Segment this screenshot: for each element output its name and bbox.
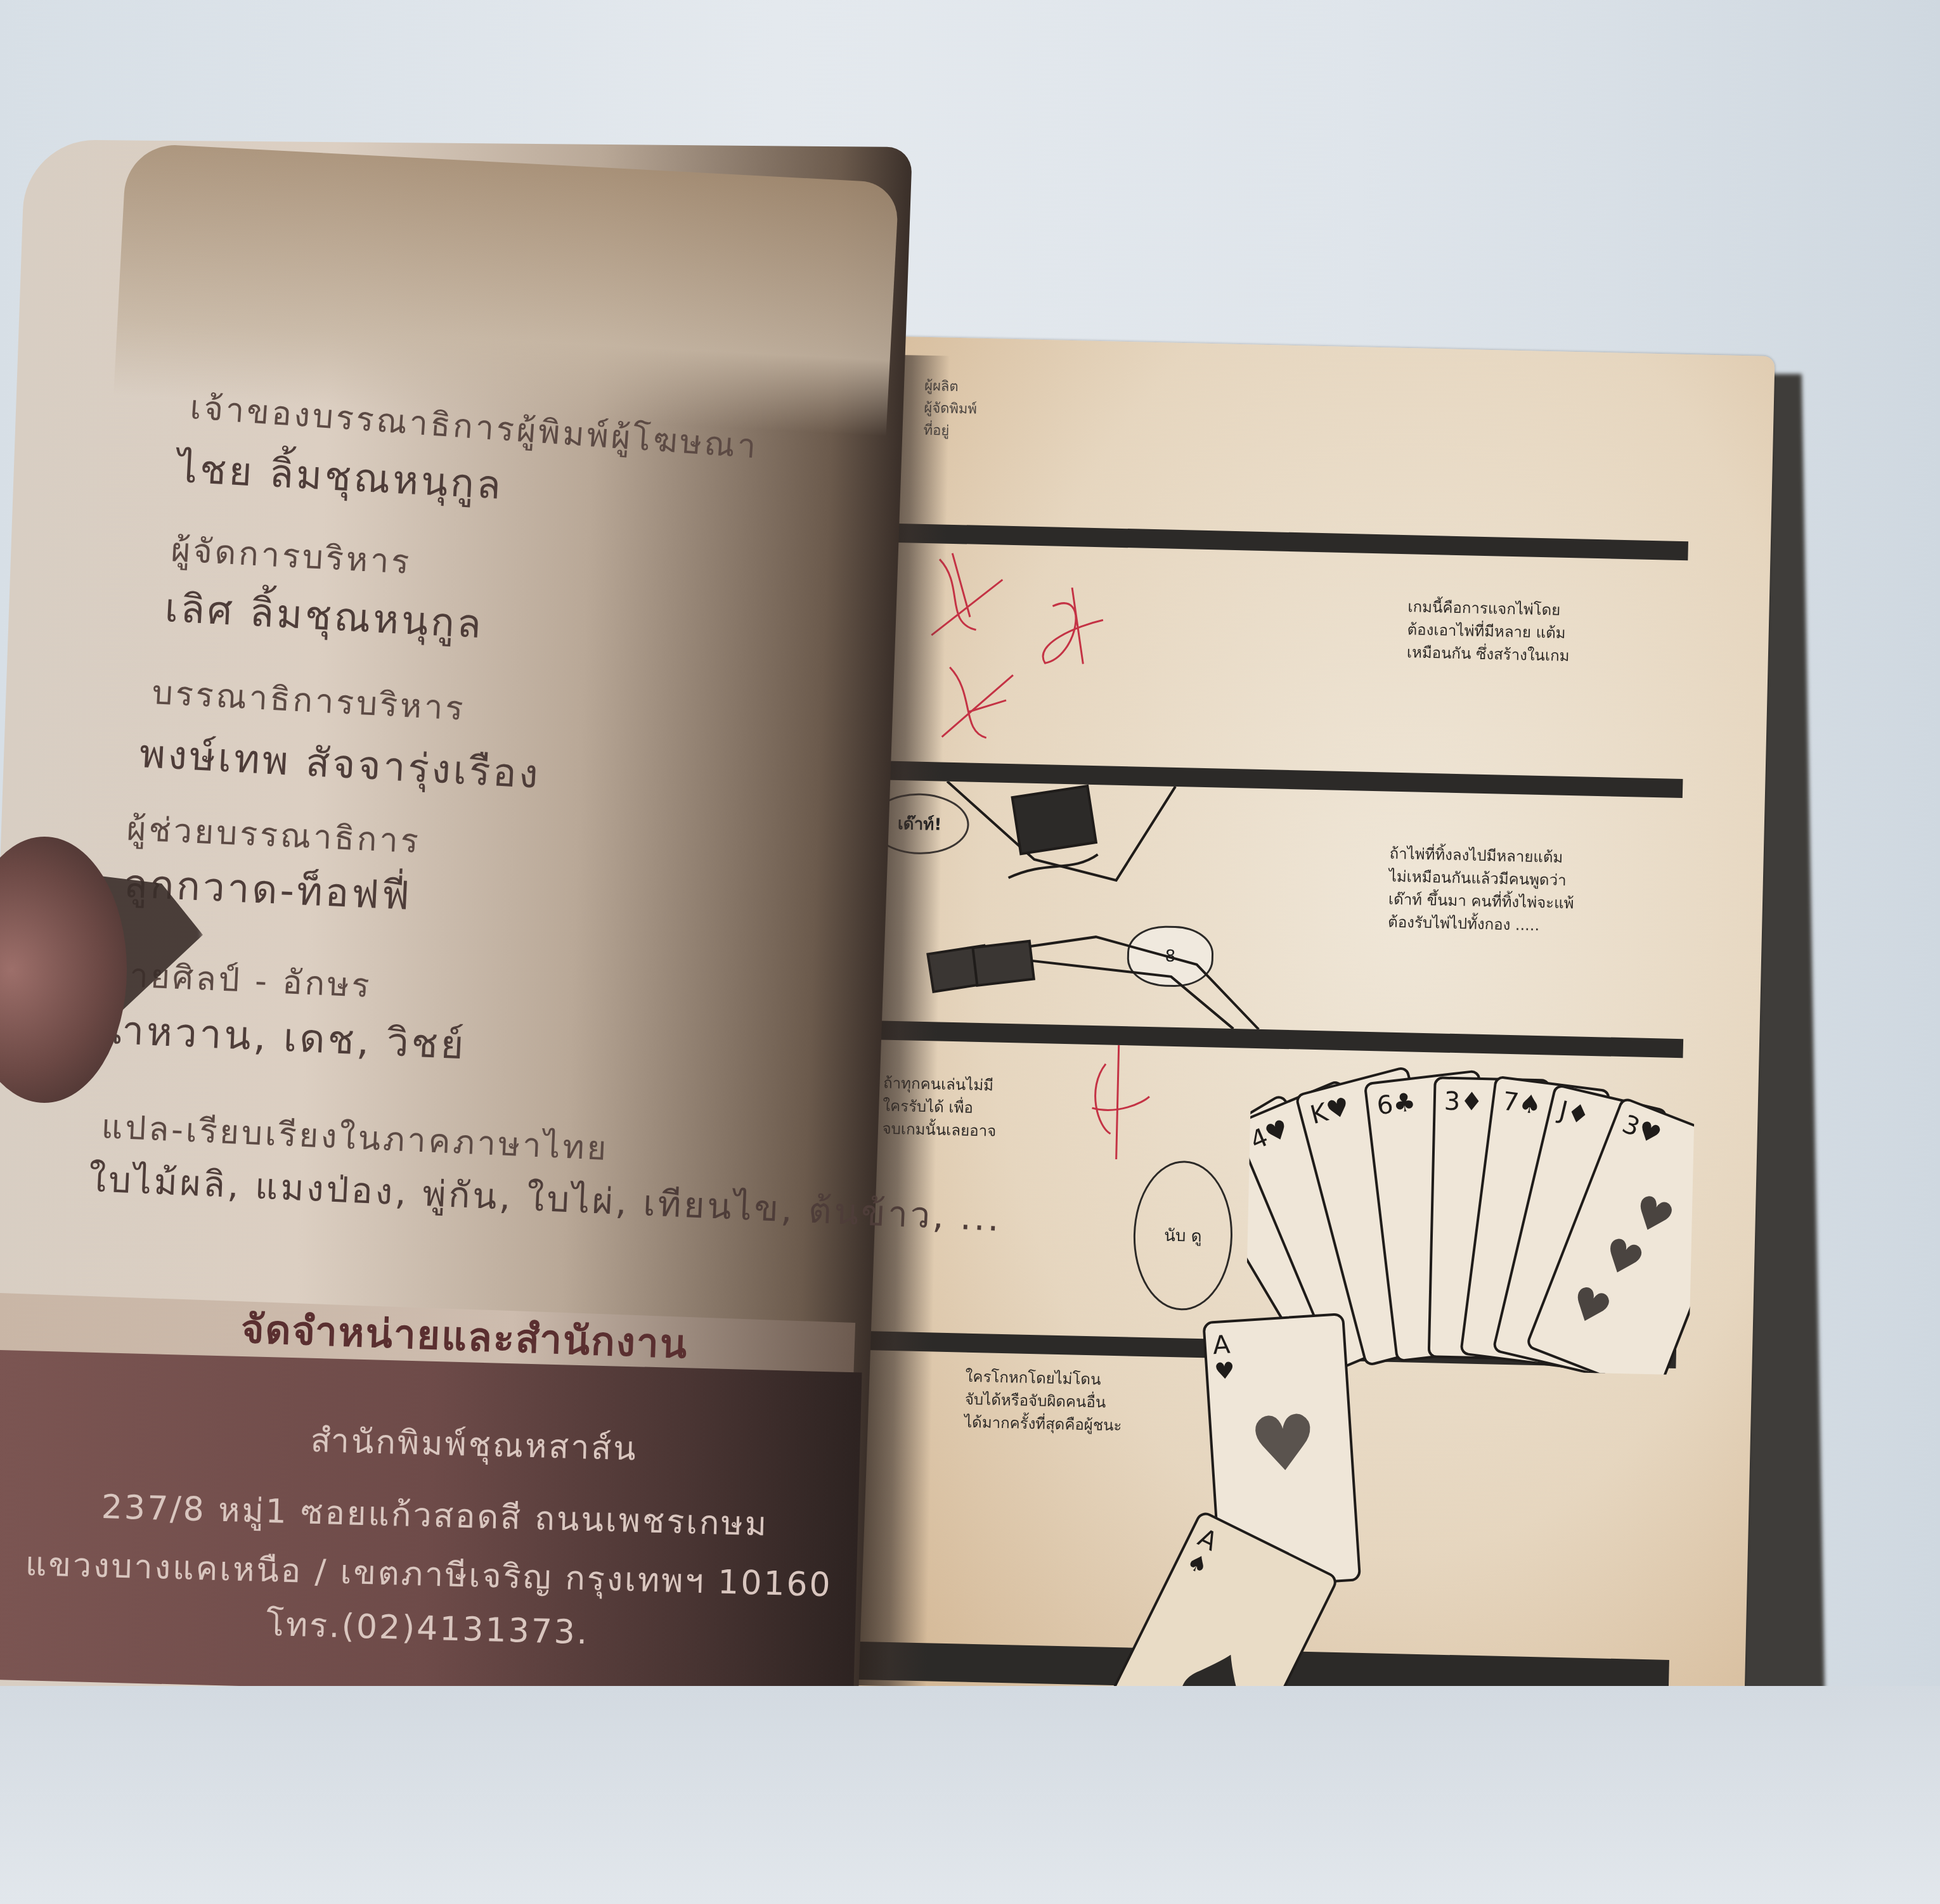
svg-text:3♦: 3♦ [1444,1087,1483,1117]
aces-illustration: A ♥ ♥ A ♠ ♠ [1078,1279,1380,1729]
table-surface [0,1686,1940,1904]
red-ink-scribbles [922,546,1193,761]
phone-number: โทร.(02)4131373. [266,1597,590,1658]
caption-line: เหมือนกัน ซึ่งสร้างในเกม [1406,641,1569,667]
panel-3-caption: ถ้าไพ่ที่ทิ้งลงไปมีหลายแต้ม ไม่เหมือนกัน… [1388,842,1575,938]
caption-line: ต้องเอาไพ่ที่มีหลาย แต้ม [1407,618,1570,645]
panel-2-caption: เกมนี้คือการแจกไพ่โดย ต้องเอาไพ่ที่มีหลา… [1406,595,1570,667]
publisher-name: สำนักพิมพ์ชุณหสาส์น [310,1413,638,1474]
svg-text:♥: ♥ [1247,1398,1321,1491]
caption-line: เกมนี้คือการแจกไพ่โดย [1407,595,1570,622]
red-ink-scribble [1078,1038,1170,1167]
svg-text:A: A [1212,1330,1231,1361]
caption-line: ต้องรับไพ่ไปทั้งกอง ..... [1388,911,1574,938]
bubble-text: นับ ดู [1164,1222,1202,1249]
svg-text:7♠: 7♠ [1501,1086,1543,1120]
svg-text:6♣: 6♣ [1375,1087,1417,1121]
hands-dealing-illustration [903,780,1352,1031]
right-page: ผู้ผลิต ผู้จัดพิมพ์ ที่อยู่ เกมนี้คือการ… [843,336,1775,1751]
svg-text:♥: ♥ [1213,1358,1236,1385]
